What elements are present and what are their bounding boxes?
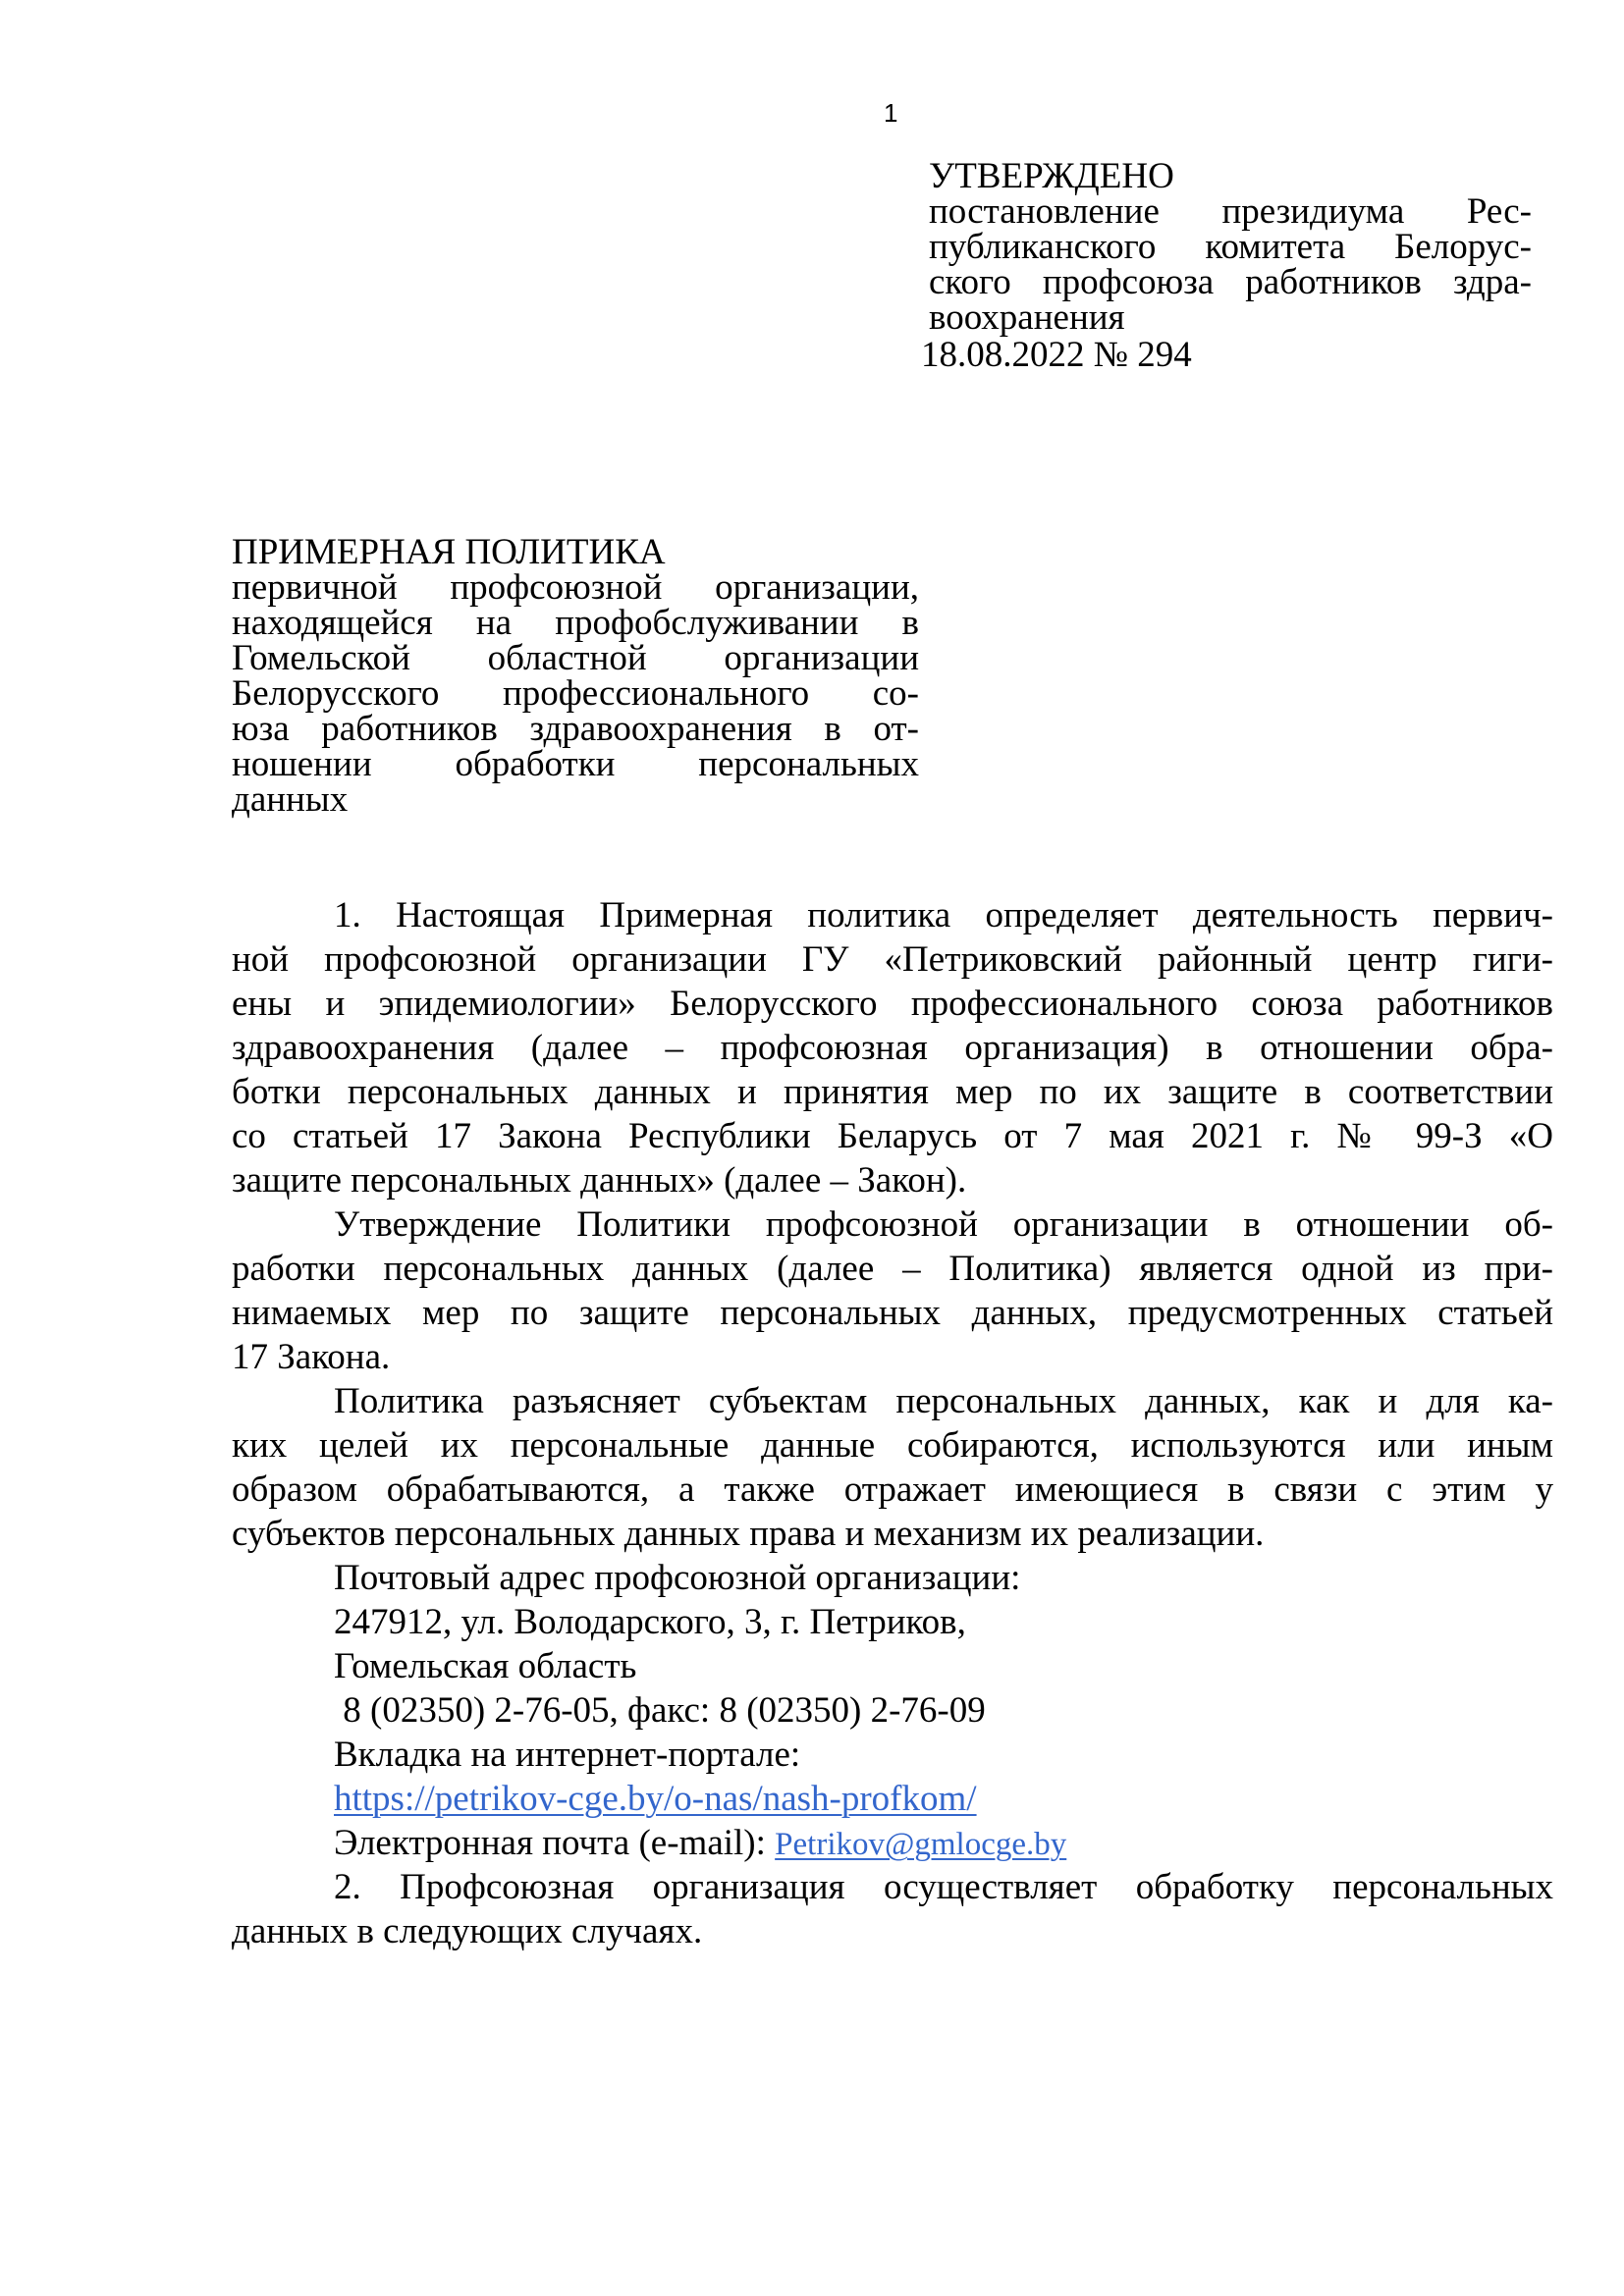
text-line: работки персональных данных (далее – Пол… <box>232 1247 1553 1291</box>
approval-line: ского профсоюза работников здра- <box>929 265 1532 300</box>
text-line: нимаемых мер по защите персональных данн… <box>232 1291 1553 1335</box>
approval-title: УТВЕРЖДЕНО <box>929 159 1532 194</box>
paragraph-4: 2. Профсоюзная организация осуществляет … <box>232 1865 1553 1953</box>
title-line: находящейся на профобслуживании в <box>232 606 919 641</box>
postal-address-label: Почтовый адрес профсоюзной организации: <box>232 1556 1553 1600</box>
address-line: 247912, ул. Володарского, 3, г. Петриков… <box>232 1600 1553 1644</box>
text-line: 17 Закона. <box>232 1335 1553 1379</box>
contacts: Почтовый адрес профсоюзной организации: … <box>232 1556 1553 1865</box>
approval-line: публиканского комитета Белорус- <box>929 230 1532 265</box>
approval-stamp: УТВЕРЖДЕНО постановление президиума Рес-… <box>921 159 1532 373</box>
text-line: здравоохранения (далее – профсоюзная орг… <box>232 1026 1553 1070</box>
text-line: со статьей 17 Закона Республики Беларусь… <box>232 1114 1553 1158</box>
page-number: 1 <box>884 98 897 128</box>
text-line: образом обрабатываются, а также отражает… <box>232 1468 1553 1512</box>
text-line: ботки персональных данных и принятия мер… <box>232 1070 1553 1114</box>
text-line: субъектов персональных данных права и ме… <box>232 1512 1553 1556</box>
email-label: Электронная почта (e-mail): <box>334 1823 775 1863</box>
text-line: 2. Профсоюзная организация осуществляет … <box>232 1865 1553 1909</box>
text-line: защите персональных данных» (далее – Зак… <box>232 1158 1553 1202</box>
text-line: 1. Настоящая Примерная политика определя… <box>232 893 1553 937</box>
text-line: ной профсоюзной организации ГУ «Петриков… <box>232 937 1553 982</box>
title-line: первичной профсоюзной организации, <box>232 570 919 606</box>
document-heading: ПРИМЕРНАЯ ПОЛИТИКА <box>232 535 919 570</box>
approval-line: воохранения <box>929 300 1532 336</box>
approval-date-number: 18.08.2022 № 294 <box>921 338 1532 373</box>
approval-text: постановление президиума Рес- публиканск… <box>929 194 1532 336</box>
phone-fax: 8 (02350) 2-76-05, факс: 8 (02350) 2-76-… <box>232 1688 1553 1733</box>
document-body: 1. Настоящая Примерная политика определя… <box>232 893 1553 1953</box>
title-line: Белорусского профессионального со- <box>232 676 919 712</box>
approval-line: постановление президиума Рес- <box>929 194 1532 230</box>
text-line: ены и эпидемиологии» Белорусского профес… <box>232 982 1553 1026</box>
title-line: данных <box>232 782 919 818</box>
paragraph-3: Политика разъясняет субъектам персональн… <box>232 1379 1553 1556</box>
title-line: ношении обработки персональных <box>232 747 919 782</box>
portal-label: Вкладка на интернет-портале: <box>232 1733 1553 1777</box>
email-link[interactable]: Petrikov@gmlocge.by <box>775 1827 1066 1862</box>
portal-link[interactable]: https://petrikov-cge.by/o-nas/nash-profk… <box>334 1779 977 1819</box>
document-page: 1 УТВЕРЖДЕНО постановление президиума Ре… <box>0 0 1624 2296</box>
text-line: Политика разъясняет субъектам персональн… <box>232 1379 1553 1423</box>
text-line: ких целей их персональные данные собираю… <box>232 1423 1553 1468</box>
title-line: юза работников здравоохранения в от- <box>232 712 919 747</box>
paragraph-1: 1. Настоящая Примерная политика определя… <box>232 893 1553 1202</box>
document-title: ПРИМЕРНАЯ ПОЛИТИКА первичной профсоюзной… <box>232 535 919 818</box>
portal-line: https://petrikov-cge.by/o-nas/nash-profk… <box>232 1777 1553 1821</box>
paragraph-2: Утверждение Политики профсоюзной организ… <box>232 1202 1553 1379</box>
text-line: Утверждение Политики профсоюзной организ… <box>232 1202 1553 1247</box>
text-line: данных в следующих случаях. <box>232 1909 1553 1953</box>
address-region: Гомельская область <box>232 1644 1553 1688</box>
title-line: Гомельской областной организации <box>232 641 919 676</box>
email-line: Электронная почта (e-mail): Petrikov@gml… <box>232 1821 1553 1865</box>
